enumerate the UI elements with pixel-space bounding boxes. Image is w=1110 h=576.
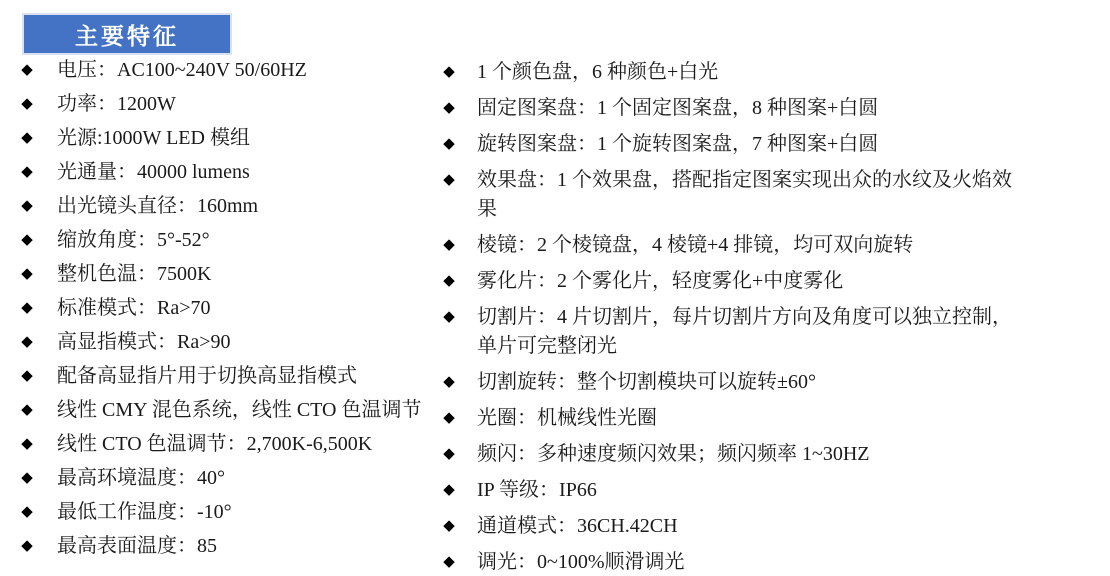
feature-text: 缩放角度：5°-52°: [57, 228, 210, 252]
feature-text: 线性 CMY 混色系统，线性 CTO 色温调节: [57, 398, 421, 422]
feature-text: 棱镜：2 个棱镜盘，4 棱镜+4 排镜，均可双向旋转: [477, 231, 913, 260]
feature-item: ◆线性 CMY 混色系统，线性 CTO 色温调节: [15, 398, 439, 422]
diamond-bullet-icon: ◆: [15, 398, 39, 422]
feature-text: 1 个颜色盘，6 种颜色+白光: [477, 58, 718, 87]
feature-item: ◆频闪：多种速度频闪效果；频闪频率 1~30HZ: [437, 440, 1012, 469]
diamond-bullet-icon: ◆: [437, 368, 461, 397]
feature-item: ◆出光镜头直径：160mm: [15, 194, 439, 218]
feature-text: 标准模式：Ra>70: [57, 296, 211, 320]
feature-text: 最低工作温度：-10°: [57, 500, 232, 524]
feature-text: 光圈：机械线性光圈: [477, 404, 657, 433]
feature-item: ◆光通量：40000 lumens: [15, 160, 439, 184]
feature-text: 效果盘：1 个效果盘，搭配指定图案实现出众的水纹及火焰效果: [477, 166, 1012, 224]
feature-item: ◆效果盘：1 个效果盘，搭配指定图案实现出众的水纹及火焰效果: [437, 166, 1012, 224]
diamond-bullet-icon: ◆: [437, 404, 461, 433]
feature-text: 光源:1000W LED 模组: [57, 126, 250, 150]
feature-text: 光通量：40000 lumens: [57, 160, 250, 184]
feature-text: 雾化片：2 个雾化片，轻度雾化+中度雾化: [477, 267, 843, 296]
feature-text: 通道模式：36CH.42CH: [477, 512, 678, 541]
feature-item: ◆光圈：机械线性光圈: [437, 404, 1012, 433]
feature-text: 切割旋转：整个切割模块可以旋转±60°: [477, 368, 816, 397]
feature-text: 功率：1200W: [57, 92, 176, 116]
feature-item: ◆固定图案盘：1 个固定图案盘，8 种图案+白圆: [437, 94, 1012, 123]
diamond-bullet-icon: ◆: [15, 194, 39, 218]
feature-text: 线性 CTO 色温调节：2,700K-6,500K: [57, 432, 372, 456]
feature-item: ◆电压：AC100~240V 50/60HZ: [15, 58, 439, 82]
feature-item: ◆1 个颜色盘，6 种颜色+白光: [437, 58, 1012, 87]
feature-item: ◆棱镜：2 个棱镜盘，4 棱镜+4 排镜，均可双向旋转: [437, 231, 1012, 260]
feature-item: ◆线性 CTO 色温调节：2,700K-6,500K: [15, 432, 439, 456]
diamond-bullet-icon: ◆: [437, 58, 461, 87]
diamond-bullet-icon: ◆: [15, 58, 39, 82]
feature-item: ◆高显指模式：Ra>90: [15, 330, 439, 354]
diamond-bullet-icon: ◆: [437, 267, 461, 296]
feature-item: ◆整机色温：7500K: [15, 262, 439, 286]
diamond-bullet-icon: ◆: [15, 228, 39, 252]
diamond-bullet-icon: ◆: [437, 440, 461, 469]
feature-text: 旋转图案盘：1 个旋转图案盘，7 种图案+白圆: [477, 130, 878, 159]
feature-item: ◆通道模式：36CH.42CH: [437, 512, 1012, 541]
diamond-bullet-icon: ◆: [15, 296, 39, 320]
diamond-bullet-icon: ◆: [437, 548, 461, 576]
feature-item: ◆旋转图案盘：1 个旋转图案盘，7 种图案+白圆: [437, 130, 1012, 159]
diamond-bullet-icon: ◆: [15, 432, 39, 456]
feature-item: ◆光源:1000W LED 模组: [15, 126, 439, 150]
feature-text: 电压：AC100~240V 50/60HZ: [57, 58, 307, 82]
diamond-bullet-icon: ◆: [437, 166, 461, 195]
diamond-bullet-icon: ◆: [15, 92, 39, 116]
diamond-bullet-icon: ◆: [15, 466, 39, 490]
feature-text: 配备高显指片用于切换高显指模式: [57, 364, 357, 388]
feature-item: ◆最高表面温度：85: [15, 534, 439, 558]
diamond-bullet-icon: ◆: [15, 500, 39, 524]
feature-text: 出光镜头直径：160mm: [57, 194, 258, 218]
feature-item: ◆调光：0~100%顺滑调光: [437, 548, 1012, 576]
feature-item: ◆缩放角度：5°-52°: [15, 228, 439, 252]
diamond-bullet-icon: ◆: [437, 130, 461, 159]
feature-text: 最高环境温度：40°: [57, 466, 225, 490]
spec-sheet-page: 主要特征 ◆电压：AC100~240V 50/60HZ◆功率：1200W◆光源:…: [0, 0, 1110, 576]
feature-item: ◆标准模式：Ra>70: [15, 296, 439, 320]
feature-text: 整机色温：7500K: [57, 262, 211, 286]
section-title: 主要特征: [75, 18, 179, 51]
features-column-right: ◆1 个颜色盘，6 种颜色+白光◆固定图案盘：1 个固定图案盘，8 种图案+白圆…: [437, 58, 1012, 576]
feature-item: ◆切割片：4 片切割片，每片切割片方向及角度可以独立控制，单片可完整闭光: [437, 303, 1012, 361]
feature-text: IP 等级：IP66: [477, 476, 597, 505]
feature-item: ◆最低工作温度：-10°: [15, 500, 439, 524]
section-header-banner: 主要特征: [22, 13, 232, 55]
feature-text: 最高表面温度：85: [57, 534, 217, 558]
feature-item: ◆配备高显指片用于切换高显指模式: [15, 364, 439, 388]
feature-text: 频闪：多种速度频闪效果；频闪频率 1~30HZ: [477, 440, 869, 469]
diamond-bullet-icon: ◆: [437, 512, 461, 541]
feature-text: 调光：0~100%顺滑调光: [477, 548, 684, 576]
diamond-bullet-icon: ◆: [15, 330, 39, 354]
feature-text: 固定图案盘：1 个固定图案盘，8 种图案+白圆: [477, 94, 878, 123]
feature-item: ◆功率：1200W: [15, 92, 439, 116]
diamond-bullet-icon: ◆: [437, 231, 461, 260]
diamond-bullet-icon: ◆: [15, 160, 39, 184]
feature-item: ◆IP 等级：IP66: [437, 476, 1012, 505]
diamond-bullet-icon: ◆: [15, 126, 39, 150]
diamond-bullet-icon: ◆: [15, 534, 39, 558]
feature-item: ◆最高环境温度：40°: [15, 466, 439, 490]
diamond-bullet-icon: ◆: [437, 94, 461, 123]
features-column-left: ◆电压：AC100~240V 50/60HZ◆功率：1200W◆光源:1000W…: [15, 58, 439, 568]
diamond-bullet-icon: ◆: [437, 303, 461, 332]
feature-text: 切割片：4 片切割片，每片切割片方向及角度可以独立控制，单片可完整闭光: [477, 303, 1012, 361]
diamond-bullet-icon: ◆: [15, 262, 39, 286]
feature-item: ◆切割旋转：整个切割模块可以旋转±60°: [437, 368, 1012, 397]
feature-text: 高显指模式：Ra>90: [57, 330, 231, 354]
diamond-bullet-icon: ◆: [15, 364, 39, 388]
feature-item: ◆雾化片：2 个雾化片，轻度雾化+中度雾化: [437, 267, 1012, 296]
diamond-bullet-icon: ◆: [437, 476, 461, 505]
